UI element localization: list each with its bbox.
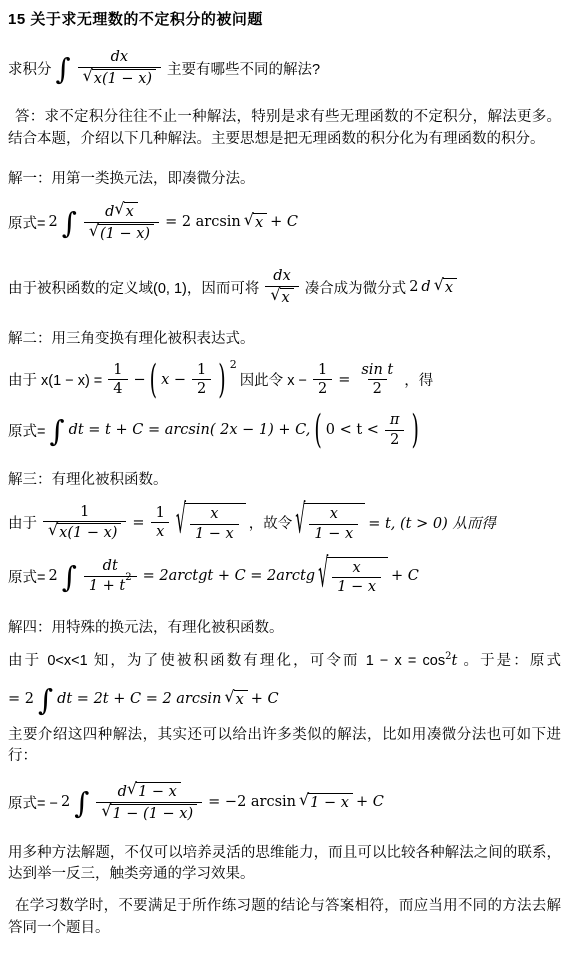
math-token: 2 — [409, 279, 418, 295]
numerator: 1 — [192, 362, 211, 380]
math-token: x — [353, 560, 361, 577]
radicand: x — [234, 690, 248, 708]
sqrt-expression: √ 1 − (1 − x) — [101, 804, 197, 823]
sqrt-symbol: √ — [83, 68, 93, 84]
sqrt-expression: √ x — [270, 288, 293, 307]
radicand: 1 − x — [136, 782, 181, 801]
math-token: 2 — [61, 794, 70, 810]
integral-symbol: ∫ — [56, 57, 71, 81]
fraction: sin t 2 — [356, 362, 398, 398]
math-token: = −2 arcsin — [208, 794, 296, 810]
math-token: 2 — [373, 381, 382, 398]
math-token: 1 — [156, 505, 165, 522]
math-token: 原式= − — [8, 792, 58, 813]
math-token: dt = t + C = arcsin( 2x − 1) + C, — [69, 422, 311, 438]
math-token: sin t — [361, 362, 393, 379]
fraction: x 1 − x — [332, 560, 381, 596]
math-token: 2 — [48, 568, 57, 584]
note-text: 由于被积函数的定义域(0, 1)，因而可将 — [8, 277, 259, 298]
radicand: x(1 − x) — [92, 69, 156, 88]
sqrt-expression: √ 1 − x — [127, 782, 181, 801]
math-token: 2 — [390, 432, 399, 449]
sqrt-expression: √ x — [244, 213, 267, 231]
closing-paragraph-1: 用多种方法解题，不仅可以培养灵活的思维能力，而且可以比较各种解法之间的联系，达到… — [8, 843, 561, 887]
sqrt-symbol: √ — [295, 500, 305, 540]
fraction: d √ x √ (1 − x) — [84, 202, 159, 242]
integral-symbol: ∫ — [74, 791, 89, 815]
numerator: 1 — [75, 504, 94, 522]
math-token: t — [451, 653, 457, 669]
math-token: = — [338, 372, 350, 388]
math-token: x — [156, 524, 164, 541]
math-token: 1 + t — [89, 578, 125, 595]
integral-symbol: ∫ — [38, 688, 53, 712]
numerator: x — [348, 560, 366, 578]
fraction: d √ 1 − x √ 1 − (1 − x) — [96, 782, 202, 822]
math-token: 2 — [197, 381, 206, 398]
solution1-note: 由于被积函数的定义域(0, 1)，因而可将 dx √ x 凑合成为微分式 2 d… — [8, 268, 561, 306]
numerator: x — [325, 506, 343, 524]
math-token: 由于 — [8, 512, 37, 533]
math-token: ，得 — [404, 369, 433, 390]
math-token: 。于是：原式 — [463, 653, 561, 669]
sqrt-symbol: √ — [318, 554, 328, 594]
math-token: = 2arctgt + C = 2arctg — [143, 568, 315, 584]
solution3-formula-1: 由于 1 √ x(1 − x) = 1 x √ x 1 − x ，故 — [8, 503, 561, 542]
radicand: x 1 − x — [185, 503, 246, 542]
math-token: = 2 — [8, 691, 34, 707]
denominator: √ 1 − (1 − x) — [96, 802, 202, 823]
numerator: dx — [106, 49, 133, 67]
fraction: dt 1 + t2 — [84, 558, 137, 594]
sqrt-symbol: √ — [176, 500, 186, 540]
sqrt-expression: √ x 1 − x — [318, 557, 388, 596]
sqrt-expression: √ (1 − x) — [89, 224, 154, 243]
sqrt-expression: √ x — [114, 202, 137, 221]
denominator: 4 — [108, 379, 127, 398]
sqrt-symbol: √ — [114, 201, 124, 217]
fraction: dx √ x — [265, 268, 298, 306]
radicand: x(1 − x) — [57, 523, 121, 542]
math-token: 1 — [318, 362, 327, 379]
math-token: dt — [103, 558, 118, 575]
fraction: 1 4 — [108, 362, 127, 398]
answer-intro: 答：求不定积分往往不止一种解法，特别是求有些无理函数的不定积分，解法更多。结合本… — [8, 107, 561, 151]
math-token: π — [390, 412, 400, 429]
sqrt-symbol: √ — [48, 522, 58, 538]
math-token: d — [118, 784, 127, 801]
numerator: π — [385, 412, 405, 430]
denominator: √ x(1 − x) — [43, 521, 126, 542]
sqrt-symbol: √ — [270, 287, 280, 303]
math-token: 由于 0<x<1 知，为了使被积函数有理化，可令而 1 − x = cos — [8, 653, 445, 669]
denominator: 2 — [385, 430, 404, 449]
math-token: 1 − x — [195, 526, 234, 543]
numerator: x — [205, 506, 223, 524]
numerator: 1 — [151, 505, 170, 523]
math-token: 4 — [113, 381, 122, 398]
math-token: 2 — [318, 381, 327, 398]
sqrt-symbol: √ — [299, 792, 309, 808]
fraction: dx √ x(1 − x) — [78, 49, 161, 87]
fraction: x 1 − x — [309, 506, 358, 542]
math-token: 0 < t < — [326, 422, 379, 438]
radicand: x — [253, 213, 267, 231]
fraction: x 1 − x — [190, 506, 239, 542]
radicand: x 1 − x — [304, 503, 365, 542]
math-token: d — [421, 279, 430, 295]
math-token: + C — [251, 691, 279, 707]
radicand: 1 − x — [308, 793, 353, 811]
fraction: 1 x — [151, 505, 170, 541]
math-token: 1 — [113, 362, 122, 379]
left-paren: ( — [150, 357, 157, 402]
sqrt-expression: √ 1 − x — [299, 793, 353, 811]
page-title: 15 关于求无理数的不定积分的被问题 — [8, 8, 561, 29]
fraction: 1 2 — [192, 362, 211, 398]
question-prefix: 求积分 — [8, 58, 52, 79]
fraction: π 2 — [385, 412, 405, 448]
radicand: x — [443, 278, 457, 296]
radicand: x 1 − x — [327, 557, 388, 596]
solution3-heading: 解三：有理化被积函数。 — [8, 468, 561, 489]
denominator: 1 − x — [190, 524, 239, 543]
sqrt-symbol: √ — [434, 277, 444, 293]
math-token: + C — [391, 568, 419, 584]
numerator: dx — [268, 268, 295, 286]
math-token: + C — [270, 214, 298, 230]
math-token: 1 − x — [337, 579, 376, 596]
denominator: √ x — [265, 286, 298, 307]
sqrt-symbol: √ — [127, 781, 137, 797]
math-token: = 2 arcsin — [165, 214, 241, 230]
math-token: 由于 x(1 − x) = — [8, 369, 102, 390]
solution2-formula-2: 原式= ∫ dt = t + C = arcsin( 2x − 1) + C, … — [8, 412, 561, 448]
solution2-heading: 解二：用三角变换有理化被积表达式。 — [8, 327, 561, 348]
math-token: d — [105, 204, 114, 221]
solution1-formula: 原式= 2 ∫ d √ x √ (1 − x) = 2 arcsin √ x + — [8, 202, 561, 242]
math-token: dx — [111, 49, 128, 66]
sqrt-symbol: √ — [224, 689, 234, 705]
radicand: (1 − x) — [98, 224, 154, 243]
math-token: = — [132, 515, 144, 531]
denominator: 2 — [192, 379, 211, 398]
question-formula: 求积分 ∫ dx √ x(1 − x) 主要有哪些不同的解法? — [8, 49, 561, 87]
fraction: 1 √ x(1 − x) — [43, 504, 126, 542]
solution4-formula: = 2 ∫ dt = 2t + C = 2 arcsin √ x + C — [8, 687, 561, 711]
math-token: 1 − x — [314, 526, 353, 543]
denominator: √ x(1 − x) — [78, 67, 161, 88]
math-token: x — [210, 506, 218, 523]
denominator: 1 + t2 — [84, 576, 137, 595]
sqrt-symbol: √ — [101, 803, 111, 819]
radicand: x — [124, 202, 138, 221]
sqrt-expression: √ x 1 − x — [295, 503, 365, 542]
math-token: + C — [356, 794, 384, 810]
sqrt-expression: √ x(1 − x) — [83, 69, 156, 88]
integral-symbol: ∫ — [62, 211, 77, 235]
math-token: 原式= — [8, 212, 45, 233]
sqrt-symbol: √ — [89, 223, 99, 239]
math-token: dt = 2t + C = 2 arcsin — [57, 691, 221, 707]
sqrt-expression: √ x(1 − x) — [48, 523, 121, 542]
numerator: 1 — [108, 362, 127, 380]
math-token: − — [134, 372, 146, 388]
radicand: x — [280, 288, 294, 307]
denominator: 2 — [368, 379, 387, 398]
solution4-heading: 解四：用特殊的换元法，有理化被积函数。 — [8, 616, 561, 637]
math-token: dx — [273, 268, 290, 285]
denominator: 1 − x — [309, 524, 358, 543]
right-paren: ) — [411, 407, 418, 452]
exponent: 2 — [230, 358, 237, 371]
sqrt-expression: √ x — [224, 690, 247, 708]
math-token: x — [330, 506, 338, 523]
document-page: 15 关于求无理数的不定积分的被问题 求积分 ∫ dx √ x(1 − x) 主… — [8, 8, 561, 940]
solution2-formula-1: 由于 x(1 − x) = 1 4 − ( x − 1 2 ) 2 因此令 x … — [8, 362, 561, 398]
math-token: 原式= — [8, 420, 45, 441]
closing-paragraph-2: 在学习数学时，不要满足于所作练习题的结论与答案相符，而应当用不同的方法去解答同一… — [8, 896, 561, 940]
sqrt-symbol: √ — [244, 212, 254, 228]
math-token: ，故令 — [249, 512, 293, 533]
math-token: 原式= — [8, 566, 45, 587]
math-token: 因此令 x − — [240, 369, 307, 390]
solution5-formula: 原式= − 2 ∫ d √ 1 − x √ 1 − (1 − x) = −2 a… — [8, 782, 561, 822]
denominator: 1 − x — [332, 577, 381, 596]
note-text: 凑合成为微分式 — [305, 277, 407, 298]
solution3-formula-2: 原式= 2 ∫ dt 1 + t2 = 2arctgt + C = 2arctg… — [8, 557, 561, 596]
math-token: x − — [161, 372, 186, 388]
question-suffix: 主要有哪些不同的解法? — [167, 58, 320, 79]
denominator: 2 — [313, 379, 332, 398]
numerator: dt — [98, 558, 123, 576]
math-token: 2 — [48, 214, 57, 230]
math-token: = t, (t > 0) 从而得 — [368, 512, 496, 533]
math-token: 1 — [80, 504, 89, 521]
radicand: 1 − (1 − x) — [110, 804, 197, 823]
numerator: sin t — [356, 362, 398, 380]
sqrt-expression: √ x — [434, 278, 457, 296]
solution1-heading: 解一：用第一类换元法，即凑微分法。 — [8, 167, 561, 188]
integral-symbol: ∫ — [49, 419, 64, 443]
integral-symbol: ∫ — [62, 565, 77, 589]
denominator: x — [151, 522, 169, 541]
sqrt-expression: √ x 1 − x — [176, 503, 246, 542]
numerator: 1 — [313, 362, 332, 380]
denominator: √ (1 − x) — [84, 222, 159, 243]
more-methods-text: 主要介绍这四种解法，其实还可以给出许多类似的解法，比如用凑微分法也可如下进行： — [8, 725, 561, 769]
solution4-line1: 由于 0<x<1 知，为了使被积函数有理化，可令而 1 − x = cos2t … — [8, 651, 561, 673]
numerator: d √ 1 − x — [113, 782, 186, 802]
fraction: 1 2 — [313, 362, 332, 398]
math-token: 1 — [197, 362, 206, 379]
right-paren: ) — [218, 357, 225, 402]
left-paren: ( — [314, 407, 321, 452]
numerator: d √ x — [100, 202, 143, 222]
